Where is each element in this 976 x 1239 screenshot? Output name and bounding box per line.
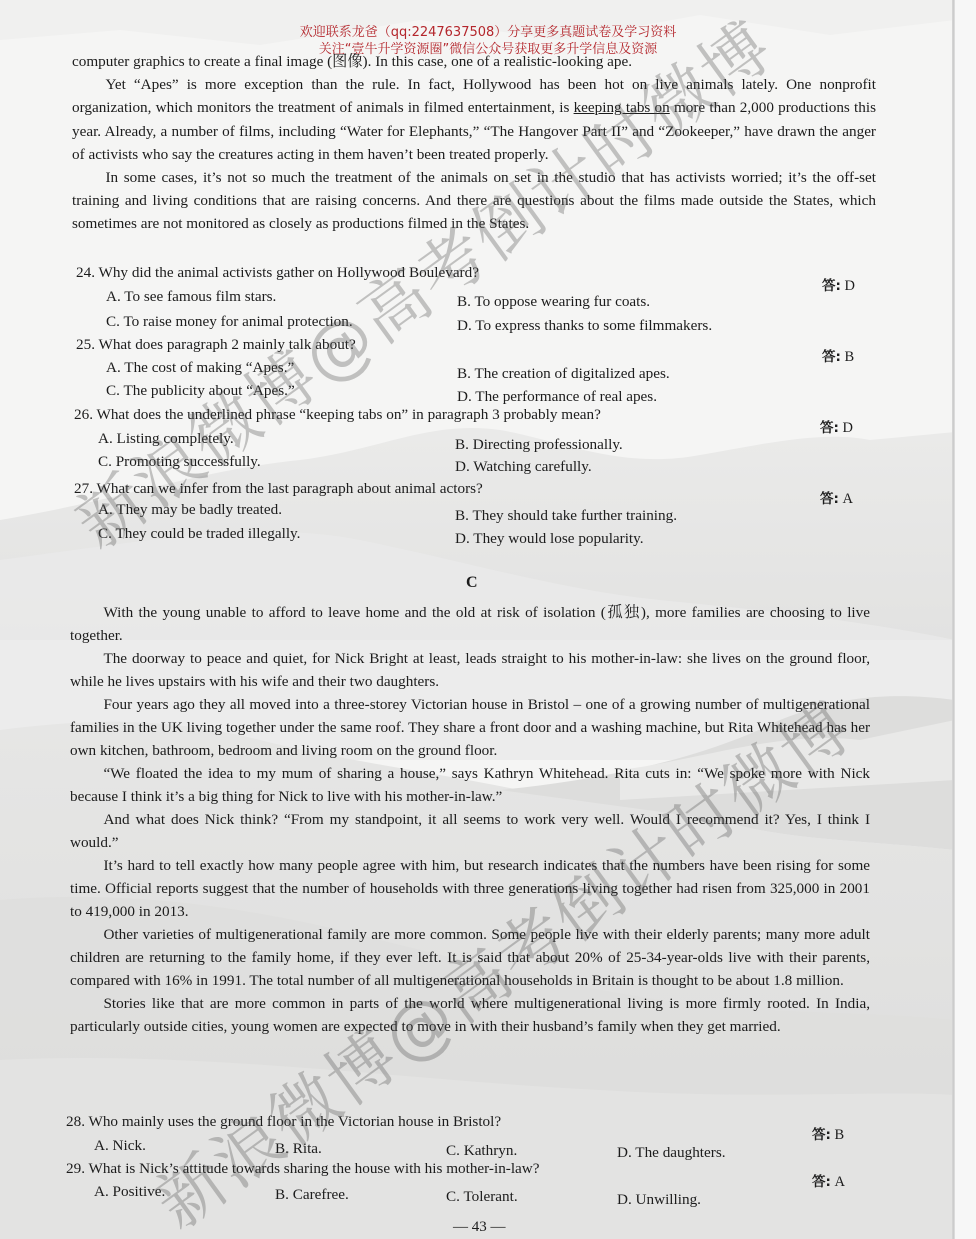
option-b[interactable]: B. The creation of digitalized apes. [457,365,670,383]
option-d[interactable]: D. To express thanks to some filmmakers. [457,317,712,335]
answer-key: 答: D [822,274,855,295]
option-d[interactable]: D. The performance of real apes. [457,388,657,406]
answer-label: 答: [820,420,839,436]
answer-value: D [843,420,853,436]
option-c[interactable]: C. Promoting successfully. [98,453,261,471]
passage-c-paragraph: The doorway to peace and quiet, for Nick… [70,647,870,693]
passage-b: computer graphics to create a final imag… [72,50,876,236]
question-stem: 26. What does the underlined phrase “kee… [74,406,601,424]
answer-key: 答: A [820,487,853,508]
passage-c-paragraph: Four years ago they all moved into a thr… [70,693,870,762]
answer-label: 答: [812,1174,831,1190]
passage-b-paragraph-0: computer graphics to create a final imag… [72,50,876,73]
underlined-phrase: keeping tabs on [574,99,670,116]
page-number: — 43 — [453,1219,506,1236]
option-b[interactable]: B. Rita. [275,1140,322,1158]
passage-c-paragraph: Stories like that are more common in par… [70,992,870,1038]
option-c[interactable]: C. To raise money for animal protection. [106,313,353,331]
option-d[interactable]: D. Watching carefully. [455,458,592,476]
option-d[interactable]: D. They would lose popularity. [455,530,644,548]
section-heading-c: C [466,574,478,592]
answer-label: 答: [812,1127,831,1143]
option-a[interactable]: A. Listing completely. [98,430,234,448]
question-stem: 29. What is Nick’s attitude towards shar… [66,1160,540,1178]
option-b[interactable]: B. Directing professionally. [455,436,623,454]
question-stem: 28. Who mainly uses the ground floor in … [66,1113,501,1131]
option-b[interactable]: B. They should take further training. [455,507,677,525]
passage-c-paragraph: Other varieties of multigenerational fam… [70,923,870,992]
option-b[interactable]: B. To oppose wearing fur coats. [457,293,650,311]
passage-b-paragraph-1: Yet “Apes” is more exception than the ru… [72,73,876,166]
option-a[interactable]: A. They may be badly treated. [98,501,282,519]
option-c[interactable]: C. Kathryn. [446,1142,517,1160]
option-a[interactable]: A. Nick. [94,1137,146,1155]
passage-c: With the young unable to afford to leave… [70,601,870,1038]
answer-key: 答: B [812,1123,844,1144]
banner-line-1: 欢迎联系龙爸（qq:2247637508）分享更多真题试卷及学习资料 [0,24,976,41]
answer-value: D [845,278,855,294]
question-stem: 25. What does paragraph 2 mainly talk ab… [76,336,356,354]
option-a[interactable]: A. Positive. [94,1183,165,1201]
option-c[interactable]: C. The publicity about “Apes.” [106,382,295,400]
passage-c-paragraph: And what does Nick think? “From my stand… [70,808,870,854]
exam-page: 欢迎联系龙爸（qq:2247637508）分享更多真题试卷及学习资料 关注“壹牛… [0,0,976,1239]
question-stem: 24. Why did the animal activists gather … [76,264,479,282]
option-c[interactable]: C. They could be traded illegally. [98,525,300,543]
option-b[interactable]: B. Carefree. [275,1186,349,1204]
passage-c-paragraph: “We floated the idea to my mum of sharin… [70,762,870,808]
option-a[interactable]: A. The cost of making “Apes.” [106,359,294,377]
answer-label: 答: [822,278,841,294]
answer-value: B [845,349,855,365]
answer-value: A [843,491,853,507]
page-margin-strip [955,0,976,1239]
answer-label: 答: [822,349,841,365]
answer-value: A [835,1174,845,1190]
answer-key: 答: D [820,416,853,437]
passage-c-paragraph: It’s hard to tell exactly how many peopl… [70,854,870,923]
option-d[interactable]: D. The daughters. [617,1144,726,1162]
answer-key: 答: B [822,345,854,366]
question-stem: 27. What can we infer from the last para… [74,480,483,498]
option-d[interactable]: D. Unwilling. [617,1191,701,1209]
answer-key: 答: A [812,1170,845,1191]
answer-value: B [835,1127,845,1143]
option-a[interactable]: A. To see famous film stars. [106,288,276,306]
passage-b-paragraph-2: In some cases, it’s not so much the trea… [72,166,876,236]
option-c[interactable]: C. Tolerant. [446,1188,518,1206]
passage-c-paragraph: With the young unable to afford to leave… [70,601,870,647]
answer-label: 答: [820,491,839,507]
